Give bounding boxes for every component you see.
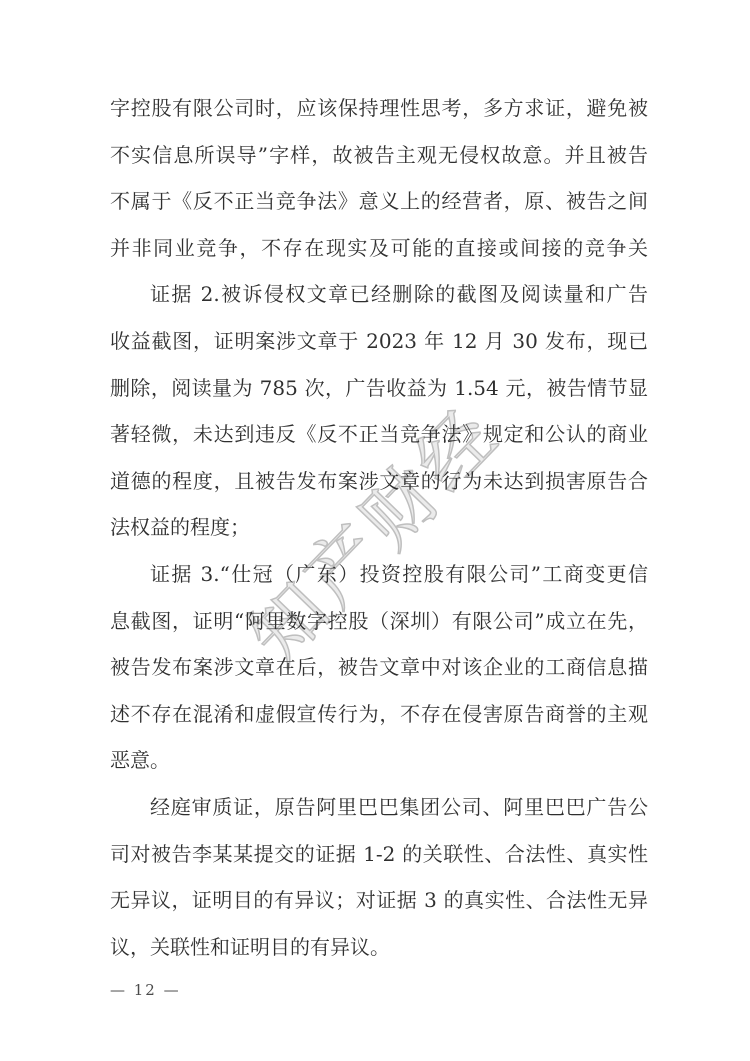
text-line: 息截图，证明“阿里数字控股（深圳）有限公司”成立在先， xyxy=(110,598,648,645)
paragraph: 字控股有限公司时，应该保持理性思考，多方求证，避免被不实信息所误导”字样，故被告… xyxy=(110,85,648,271)
text-line: 并非同业竞争，不存在现实及可能的直接或间接的竞争关系； xyxy=(110,225,648,272)
text-line: 议，关联性和证明目的有异议。 xyxy=(110,924,648,971)
text-line: 法权益的程度； xyxy=(110,504,648,551)
document-body: 字控股有限公司时，应该保持理性思考，多方求证，避免被不实信息所误导”字样，故被告… xyxy=(110,85,648,970)
text-line: 著轻微，未达到违反《反不正当竞争法》规定和公认的商业 xyxy=(110,411,648,458)
paragraph: 经庭审质证，原告阿里巴巴集团公司、阿里巴巴广告公司对被告李某某提交的证据 1-2… xyxy=(110,784,648,970)
text-line: 不属于《反不正当竞争法》意义上的经营者，原、被告之间 xyxy=(110,178,648,225)
text-line: 无异议，证明目的有异议；对证据 3 的真实性、合法性无异 xyxy=(110,877,648,924)
paragraph: 证据 2.被诉侵权文章已经删除的截图及阅读量和广告收益截图，证明案涉文章于 20… xyxy=(110,271,648,551)
text-line: 经庭审质证，原告阿里巴巴集团公司、阿里巴巴广告公 xyxy=(110,784,648,831)
text-line: 述不存在混淆和虚假宣传行为，不存在侵害原告商誉的主观 xyxy=(110,691,648,738)
text-line: 司对被告李某某提交的证据 1-2 的关联性、合法性、真实性 xyxy=(110,831,648,878)
text-line: 道德的程度，且被告发布案涉文章的行为未达到损害原告合 xyxy=(110,458,648,505)
paragraph: 证据 3.“仕冠（广东）投资控股有限公司”工商变更信息截图，证明“阿里数字控股（… xyxy=(110,551,648,784)
text-line: 字控股有限公司时，应该保持理性思考，多方求证，避免被 xyxy=(110,85,648,132)
text-line: 不实信息所误导”字样，故被告主观无侵权故意。并且被告 xyxy=(110,132,648,179)
page-number: — 12 — xyxy=(110,981,181,999)
text-line: 删除，阅读量为 785 次，广告收益为 1.54 元，被告情节显 xyxy=(110,365,648,412)
text-line: 被告发布案涉文章在后，被告文章中对该企业的工商信息描 xyxy=(110,644,648,691)
text-line: 收益截图，证明案涉文章于 2023 年 12 月 30 发布，现已经 xyxy=(110,318,648,365)
text-line: 恶意。 xyxy=(110,737,648,784)
document-page: 知产财经 字控股有限公司时，应该保持理性思考，多方求证，避免被不实信息所误导”字… xyxy=(0,0,750,1061)
text-line: 证据 2.被诉侵权文章已经删除的截图及阅读量和广告 xyxy=(110,271,648,318)
text-line: 证据 3.“仕冠（广东）投资控股有限公司”工商变更信 xyxy=(110,551,648,598)
